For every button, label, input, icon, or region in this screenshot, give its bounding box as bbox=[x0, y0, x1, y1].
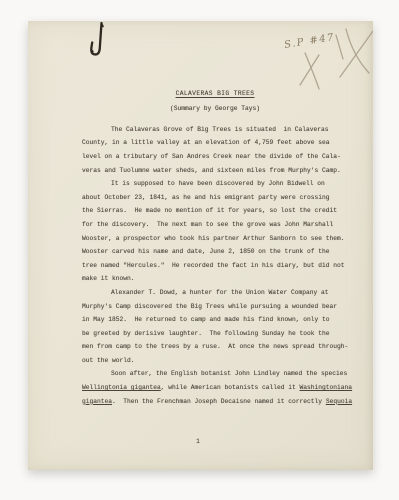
text-line: It is supposed to have been discovered b… bbox=[82, 177, 348, 191]
text-line: Murphy's Camp discovered the Big Trees w… bbox=[82, 300, 348, 314]
text-line: the Sierras. He made no mention of it fo… bbox=[82, 204, 348, 218]
text-line: be greeted by derisive laughter. The fol… bbox=[82, 327, 348, 341]
text-line: about October 23, 1841, as he and his em… bbox=[82, 191, 348, 205]
document-body: The Calaveras Grove of Big Trees is situ… bbox=[82, 123, 348, 408]
text-line: for the discovery. The next man to see t… bbox=[82, 218, 348, 232]
text-line: Wellingtonia gigantea, while American bo… bbox=[82, 381, 348, 395]
text-line: Alexander T. Dowd, a hunter for the Unio… bbox=[82, 286, 348, 300]
text-line: veras and Tuolumne water sheds, and sixt… bbox=[82, 164, 348, 178]
text-line: out the world. bbox=[82, 354, 348, 368]
text-line: men from camp to the trees by a ruse. At… bbox=[82, 340, 348, 354]
text-line: Wooster carved his name and date, June 2… bbox=[82, 245, 348, 259]
text-line: County, in a little valley at an elevati… bbox=[82, 136, 348, 150]
text-line: Wooster, a prospector who took his partn… bbox=[82, 232, 348, 246]
document-title: CALAVERAS BIG TREES bbox=[82, 87, 348, 101]
text-line: Soon after, the English botanist John Li… bbox=[82, 367, 348, 381]
paperclip-icon bbox=[86, 21, 116, 63]
text-line: The Calaveras Grove of Big Trees is situ… bbox=[82, 123, 348, 137]
handwritten-annotation: S.P #47 bbox=[283, 32, 335, 51]
scan-background: S.P #47 CALAVERAS BIG TREES (Summary by … bbox=[0, 0, 399, 500]
document-subtitle: (Summary by George Tays) bbox=[82, 102, 348, 116]
text-line: make it known. bbox=[82, 272, 348, 286]
text-line: level on a tributary of San Andres Creek… bbox=[82, 150, 348, 164]
page-number: 1 bbox=[65, 435, 331, 449]
document-page: S.P #47 CALAVERAS BIG TREES (Summary by … bbox=[28, 21, 373, 470]
typewritten-text: CALAVERAS BIG TREES (Summary by George T… bbox=[82, 87, 348, 449]
text-line: tree named "Hercules." He recorded the f… bbox=[82, 259, 348, 273]
text-line: in May 1852. He returned to camp and mad… bbox=[82, 313, 348, 327]
text-line: gigantea. Then the Frenchman Joseph Deca… bbox=[82, 395, 348, 409]
